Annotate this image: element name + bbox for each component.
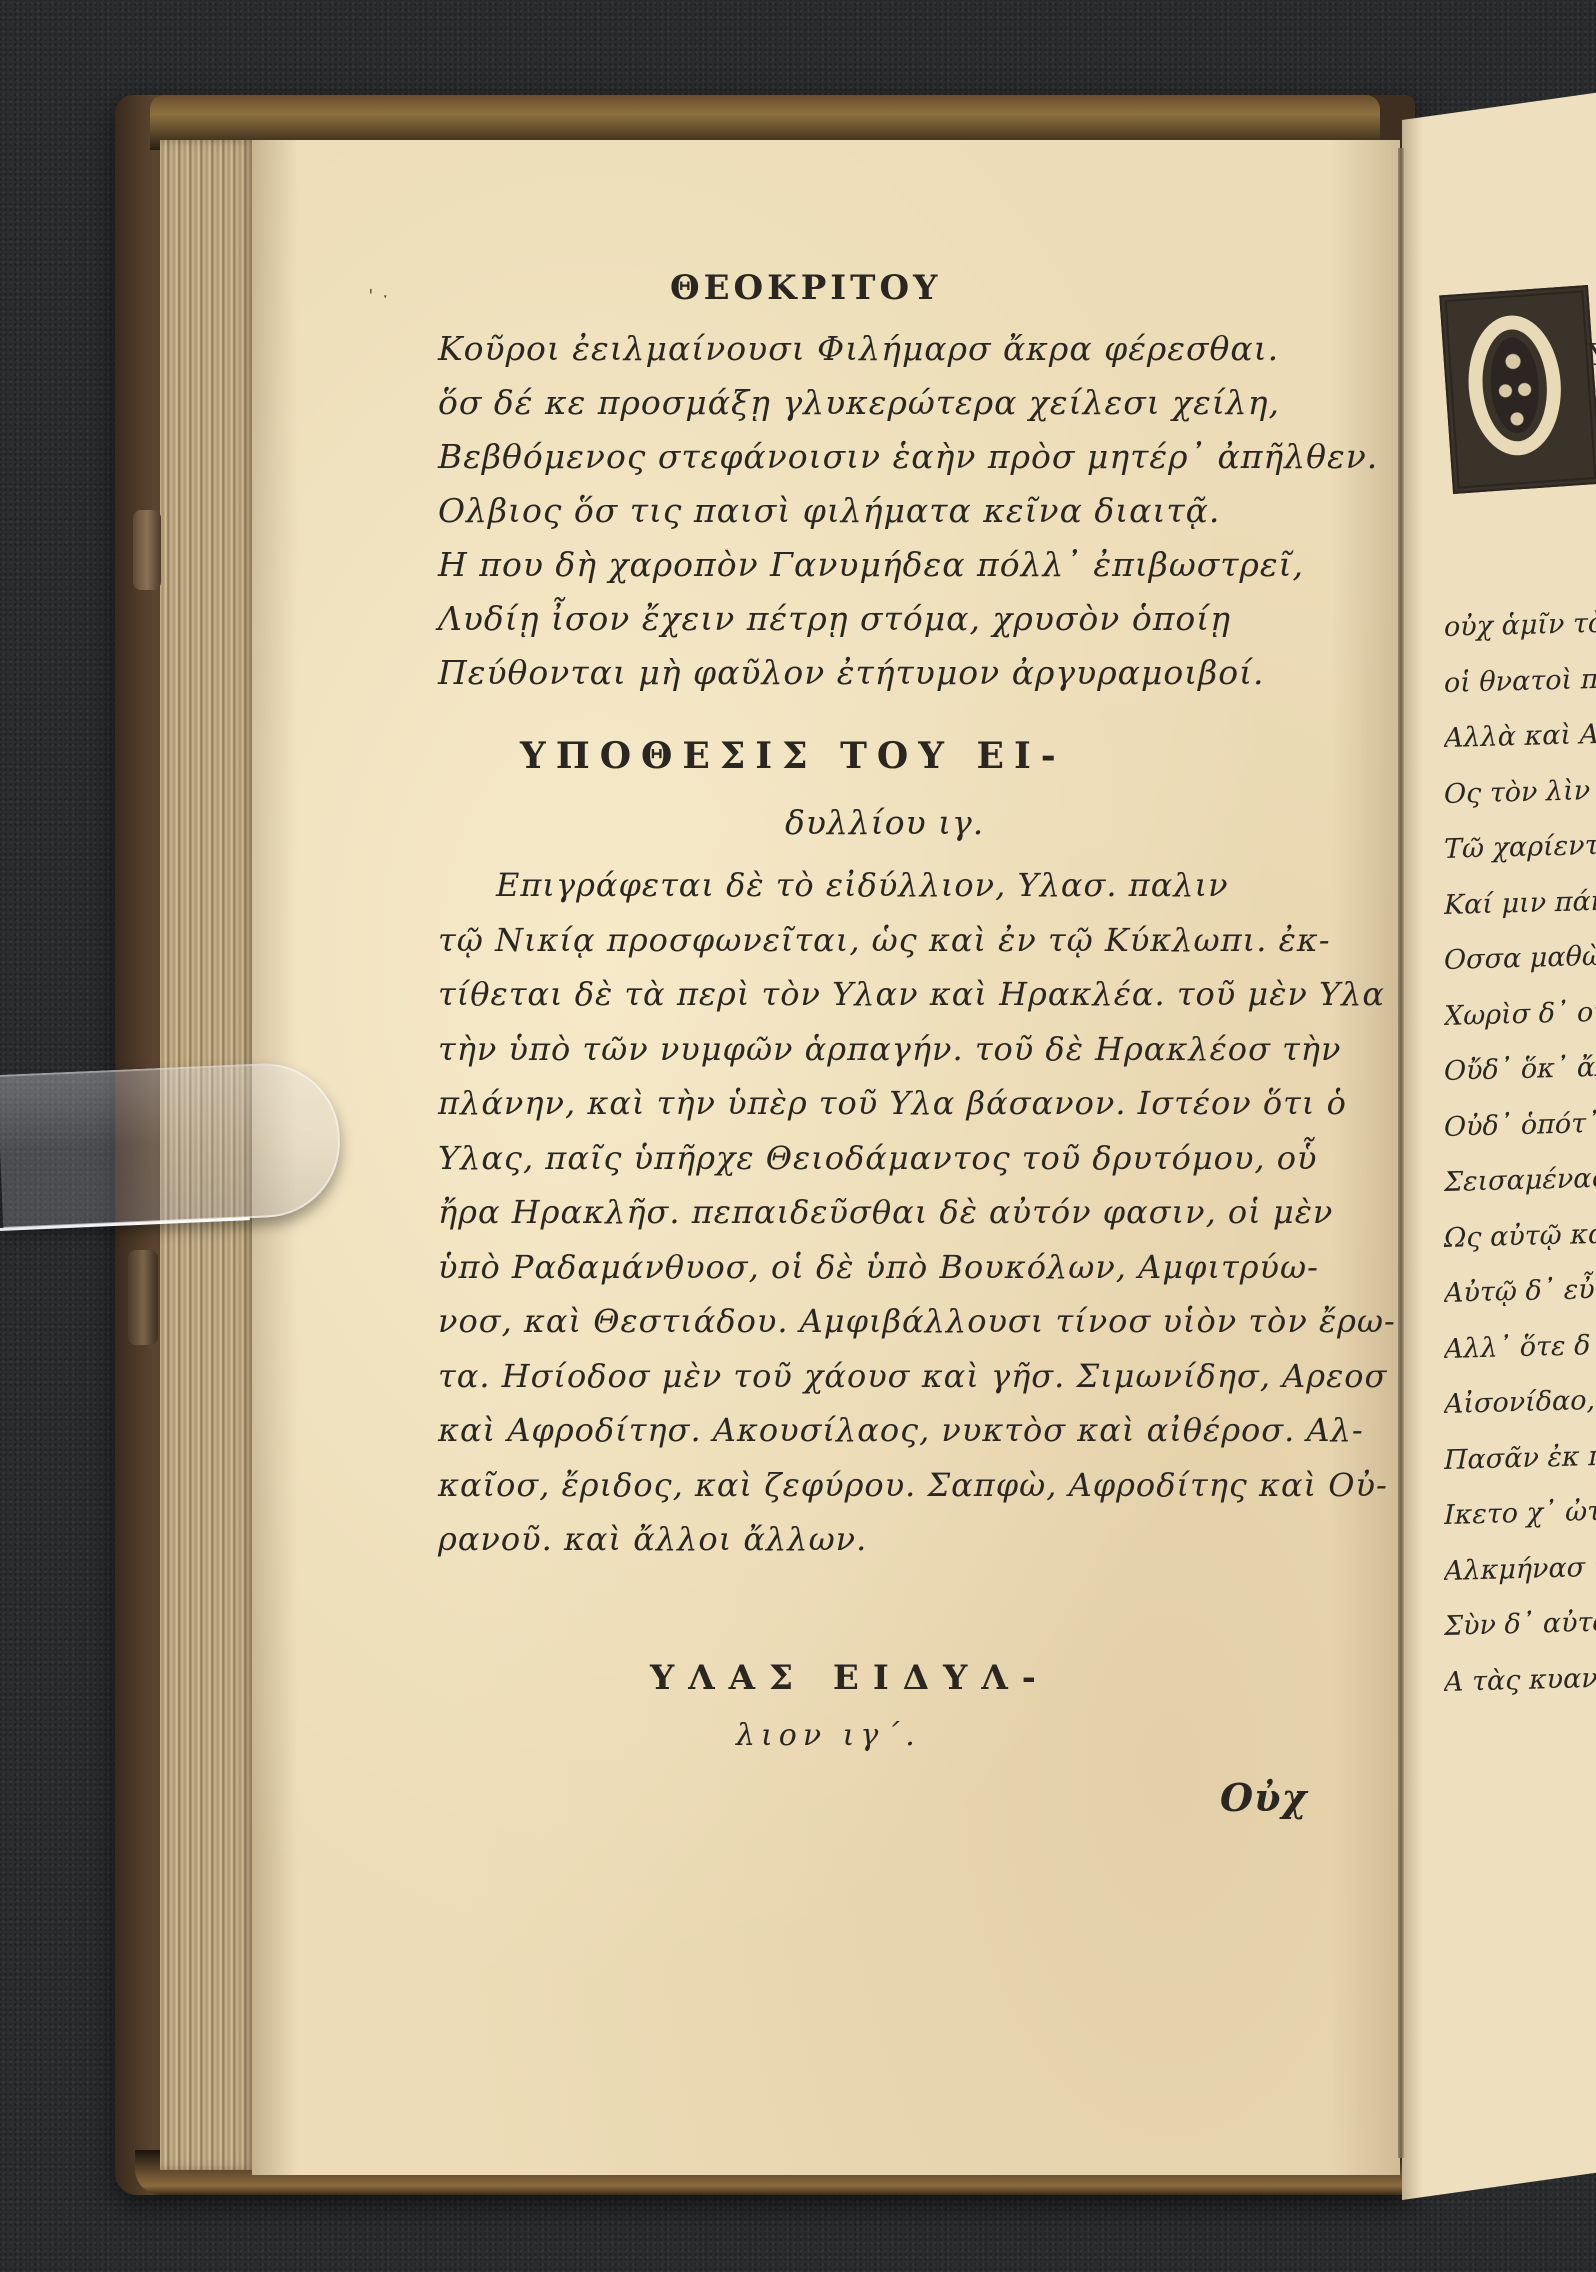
poem-title: ΥΛΑΣ ΕΙΔΥΛ- [650, 1658, 1050, 1698]
verse-line: Κοῦροι ἐειλμαίνουσι Φιλήμαρσ ἄκρα φέρεσθ… [438, 322, 1378, 376]
verse-line: ὅσ δέ κε προσμάξῃ γλυκερώτερα χείλεσι χε… [438, 376, 1378, 430]
right-line: Αὐτῷ δ᾽ εὖ ἑλ [1444, 1262, 1596, 1321]
right-line: Ικετο χ᾽ ὠταλ [1444, 1484, 1596, 1543]
right-line: Καί μιν πάντ [1444, 874, 1596, 933]
right-line: Σεισαμένας π [1444, 1151, 1596, 1210]
prose-line-text: Επιγράφεται δὲ τὸ εἰδύλλιον, Υλασ. παλιν [496, 866, 1229, 904]
verse-line: Βεβθόμενος στεφάνοισιν ἑαὴν πρὸσ μητέρ᾽ … [438, 430, 1378, 484]
page-holder-strip [0, 1060, 343, 1229]
right-line: Αλκμήνασ υἱὸς [1444, 1540, 1596, 1599]
prose-line: ὑπὸ Ραδαμάνθυοσ, οἱ δὲ ὑπὸ Βουκόλων, Αμφ… [438, 1240, 1396, 1295]
right-line: Οὔδ᾽ ὅκ᾽ ἄλ [1444, 1040, 1596, 1099]
running-head: ΘΕΟΚΡΙΤΟΥ [670, 268, 941, 308]
verse-block: Κοῦροι ἐειλμαίνουσι Φιλήμαρσ ἄκρα φέρεσθ… [438, 322, 1378, 700]
clasp-lower [128, 1250, 158, 1345]
prose-line: τίθεται δὲ τὰ περὶ τὸν Υλαν καὶ Ηρακλέα.… [438, 967, 1396, 1022]
argument-subtitle: δυλλίου ιγ. [785, 803, 984, 842]
right-line: Αλλ᾽ ὅτε δ᾽ χρύ [1444, 1318, 1596, 1377]
prose-line: ρανοῦ. καὶ ἄλλοι ἄλλων. [438, 1512, 1396, 1567]
right-page-lines: οὐχ ἁμῖν τὸν οἱ θνατοὶ πέλ Αλλὰ καὶ Αμφ … [1444, 596, 1596, 1710]
right-line: Σὺν δ᾽ αὐτῷ κα [1444, 1595, 1596, 1654]
verse-line: Λυδίῃ ἶσον ἔχειν πέτρῃ στόμα, χρυσὸν ὁπο… [438, 592, 1378, 646]
prose-line: Υλας, παῖς ὑπῆρχε Θειοδάμαντος τοῦ δρυτό… [438, 1131, 1396, 1186]
verse-line: Η που δὴ χαροπὸν Γανυμήδεα πόλλ᾽ ἐπιβωστ… [438, 538, 1378, 592]
prose-line: ἤρα Ηρακλῆσ. πεπαιδεῦσθαι δὲ αὐτόν φασιν… [438, 1185, 1396, 1240]
clasp-upper [133, 510, 161, 590]
right-line: Χωρὶσ δ᾽ οὐδ [1444, 985, 1596, 1044]
right-line: οἱ θνατοὶ πέλ [1444, 652, 1596, 711]
right-line: Πασᾶν ἐκ πόλ [1444, 1429, 1596, 1488]
prose-line: καὶ Αφροδίτησ. Ακουσίλαος, νυκτὸσ καὶ αἰ… [438, 1403, 1396, 1458]
verse-line: Ολβιος ὅσ τις παισὶ φιλήματα κεῖνα διαιτ… [438, 484, 1378, 538]
book-gutter [1398, 148, 1404, 2158]
prose-line: τῷ Νικίᾳ προσφωνεῖται, ὡς καὶ ἐν τῷ Κύκλ… [438, 913, 1396, 968]
right-line: Αλλὰ καὶ Αμφ [1444, 707, 1596, 766]
right-line: Α τὰς κυανέαν [1444, 1651, 1596, 1710]
argument-title: ΥΠΟΘΕΣΙΣ ΤΟΥ ΕΙ- [520, 735, 1066, 777]
margin-mark: ˈ ˑ [368, 285, 390, 309]
argument-body: Επιγράφεται δὲ τὸ εἰδύλλιον, Υλασ. παλιν… [438, 858, 1396, 1567]
prose-line: τα. Ησίοδοσ μὲν τοῦ χάουσ καὶ γῆσ. Σιμων… [438, 1349, 1396, 1404]
right-line: Ος τὸν λὶν ὑπ [1444, 763, 1596, 822]
prose-line: νοσ, καὶ Θεστιάδου. Αμφιβάλλουσι τίνοσ υ… [438, 1294, 1396, 1349]
right-line: Οὐδ᾽ ὁπότ᾽ ὀρ [1444, 1096, 1596, 1155]
decorated-initial-icon [1439, 285, 1596, 494]
prose-line: πλάνην, καὶ τὴν ὑπὲρ τοῦ Υλα βάσανον. Ισ… [438, 1076, 1396, 1131]
verse-line: Πεύθονται μὴ φαῦλον ἐτήτυμον ἀργυραμοιβο… [438, 646, 1378, 700]
catchword: Οὐχ [1220, 1775, 1307, 1820]
initial-following-letter: Υ [1588, 338, 1596, 373]
prose-line: τὴν ὑπὸ τῶν νυμφῶν ἁρπαγήν. τοῦ δὲ Ηρακλ… [438, 1022, 1396, 1077]
right-line: Αἰσονίδαο, οἱ δ᾽ [1444, 1373, 1596, 1432]
right-line: οὐχ ἁμῖν τὸν [1444, 596, 1596, 655]
right-line: Οσσα μαθὼν [1444, 929, 1596, 988]
poem-subtitle: λιον ιγ΄. [736, 1718, 921, 1753]
prose-line: Επιγράφεται δὲ τὸ εἰδύλλιον, Υλασ. παλιν [438, 858, 1396, 913]
right-line: Τῶ χαρίεντος [1444, 818, 1596, 877]
right-line: Ως αὐτῷ κατ [1444, 1207, 1596, 1266]
prose-line: καῖοσ, ἔριδος, καὶ ζεφύρου. Σαπφὼ, Αφροδ… [438, 1458, 1396, 1513]
